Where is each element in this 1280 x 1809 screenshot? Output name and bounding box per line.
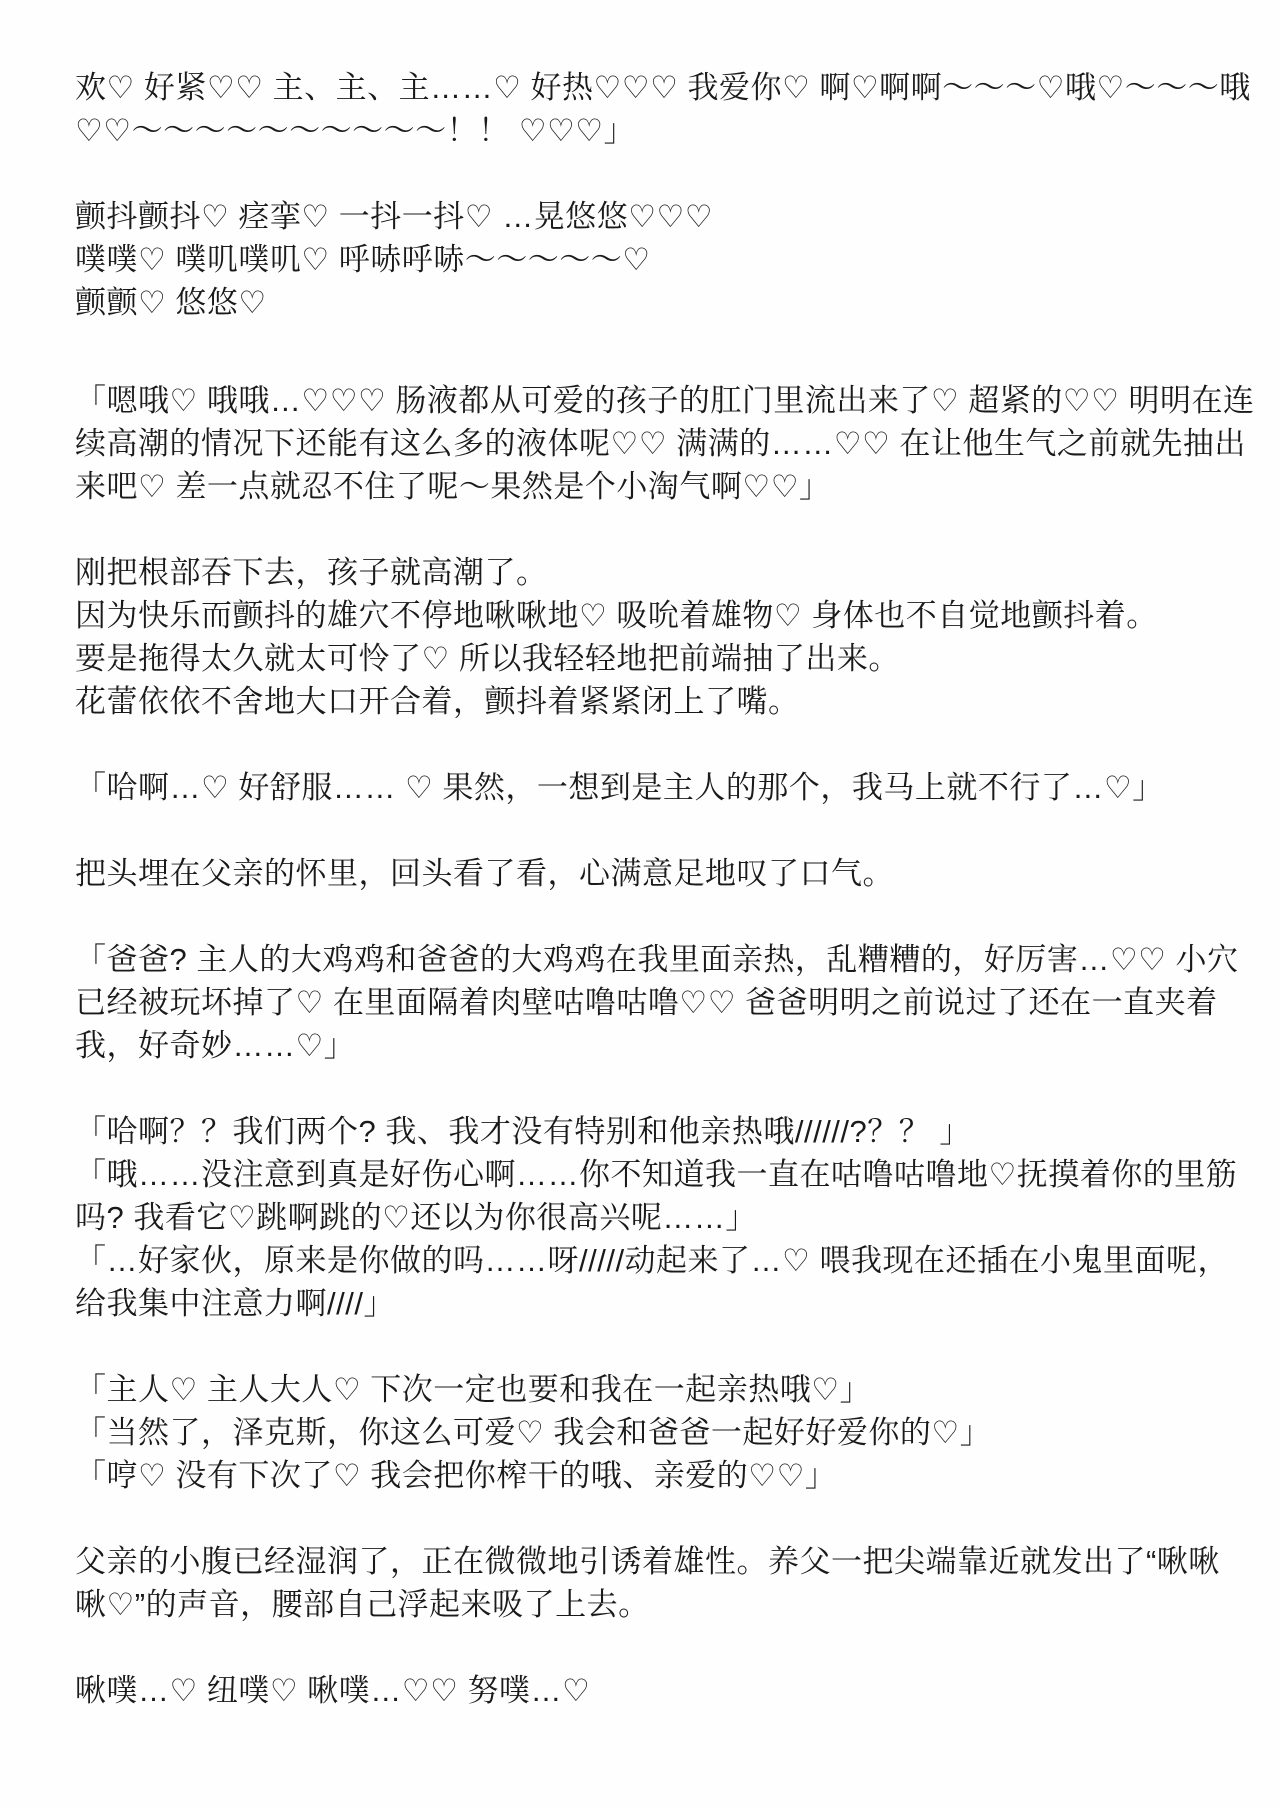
text-line: 要是拖得太久就太可怜了♡ 所以我轻轻地把前端抽了出来。: [75, 637, 1210, 680]
text-line: 噗噗♡ 噗叽噗叽♡ 呼哧呼哧～～～～～♡: [75, 238, 1210, 281]
text-line: 花蕾依依不舍地大口开合着，颤抖着紧紧闭上了嘴。: [75, 680, 1210, 723]
document-page: 欢♡ 好紧♡♡ 主、主、主……♡ 好热♡♡♡ 我爱你♡ 啊♡啊啊～～～♡哦♡～～…: [0, 0, 1280, 1809]
paragraph: 颤抖颤抖♡ 痉挛♡ 一抖一抖♡ …晃悠悠♡♡♡噗噗♡ 噗叽噗叽♡ 呼哧呼哧～～～…: [75, 195, 1210, 324]
text-line: 「哼♡ 没有下次了♡ 我会把你榨干的哦、亲爱的♡♡」: [75, 1454, 1210, 1497]
paragraph: 「主人♡ 主人大人♡ 下次一定也要和我在一起亲热哦♡」「当然了，泽克斯，你这么可…: [75, 1368, 1210, 1497]
text-line: 刚把根部吞下去，孩子就高潮了。: [75, 551, 1210, 594]
text-line: ♡♡～～～～～～～～～～！！ ♡♡♡」: [75, 109, 1210, 152]
paragraph: 啾噗…♡ 纽噗♡ 啾噗…♡♡ 努噗…♡: [75, 1669, 1210, 1712]
text-line: 吗? 我看它♡跳啊跳的♡还以为你很高兴呢……」: [75, 1196, 1210, 1239]
text-line: 「当然了，泽克斯，你这么可爱♡ 我会和爸爸一起好好爱你的♡」: [75, 1411, 1210, 1454]
text-line: 「…好家伙，原来是你做的吗……呀/////动起来了…♡ 喂我现在还插在小鬼里面呢…: [75, 1239, 1210, 1282]
text-line: 续高潮的情况下还能有这么多的液体呢♡♡ 满满的……♡♡ 在让他生气之前就先抽出: [75, 422, 1210, 465]
text-line: 我，好奇妙……♡」: [75, 1024, 1210, 1067]
text-content: 欢♡ 好紧♡♡ 主、主、主……♡ 好热♡♡♡ 我爱你♡ 啊♡啊啊～～～♡哦♡～～…: [75, 66, 1210, 1712]
text-line: 「爸爸? 主人的大鸡鸡和爸爸的大鸡鸡在我里面亲热，乱糟糟的，好厉害…♡♡ 小穴: [75, 938, 1210, 981]
paragraph: 「哈啊…♡ 好舒服…… ♡ 果然，一想到是主人的那个，我马上就不行了…♡」: [75, 766, 1210, 809]
text-line: 啾噗…♡ 纽噗♡ 啾噗…♡♡ 努噗…♡: [75, 1669, 1210, 1712]
text-line: 啾♡”的声音，腰部自己浮起来吸了上去。: [75, 1583, 1210, 1626]
text-line: 「哦……没注意到真是好伤心啊……你不知道我一直在咕噜咕噜地♡抚摸着你的里筋: [75, 1153, 1210, 1196]
text-line: 「哈啊？？我们两个? 我、我才没有特别和他亲热哦//////?？？ 」: [75, 1110, 1210, 1153]
text-line: 给我集中注意力啊////」: [75, 1282, 1210, 1325]
text-line: 颤抖颤抖♡ 痉挛♡ 一抖一抖♡ …晃悠悠♡♡♡: [75, 195, 1210, 238]
paragraph: 父亲的小腹已经湿润了，正在微微地引诱着雄性。养父一把尖端靠近就发出了“啾啾啾♡”…: [75, 1540, 1210, 1626]
text-line: 已经被玩坏掉了♡ 在里面隔着肉壁咕噜咕噜♡♡ 爸爸明明之前说过了还在一直夹着: [75, 981, 1210, 1024]
paragraph: 刚把根部吞下去，孩子就高潮了。因为快乐而颤抖的雄穴不停地啾啾地♡ 吸吮着雄物♡ …: [75, 551, 1210, 723]
paragraph: 把头埋在父亲的怀里，回头看了看，心满意足地叹了口气。: [75, 852, 1210, 895]
text-line: 把头埋在父亲的怀里，回头看了看，心满意足地叹了口气。: [75, 852, 1210, 895]
paragraph: 「嗯哦♡ 哦哦…♡♡♡ 肠液都从可爱的孩子的肛门里流出来了♡ 超紧的♡♡ 明明在…: [75, 379, 1210, 508]
text-line: 来吧♡ 差一点就忍不住了呢～果然是个小淘气啊♡♡」: [75, 465, 1210, 508]
text-line: 欢♡ 好紧♡♡ 主、主、主……♡ 好热♡♡♡ 我爱你♡ 啊♡啊啊～～～♡哦♡～～…: [75, 66, 1210, 109]
paragraph: 「爸爸? 主人的大鸡鸡和爸爸的大鸡鸡在我里面亲热，乱糟糟的，好厉害…♡♡ 小穴已…: [75, 938, 1210, 1067]
text-line: 「哈啊…♡ 好舒服…… ♡ 果然，一想到是主人的那个，我马上就不行了…♡」: [75, 766, 1210, 809]
paragraph: 「哈啊？？我们两个? 我、我才没有特别和他亲热哦//////?？？ 」「哦……没…: [75, 1110, 1210, 1325]
text-line: 颤颤♡ 悠悠♡: [75, 281, 1210, 324]
text-line: 「主人♡ 主人大人♡ 下次一定也要和我在一起亲热哦♡」: [75, 1368, 1210, 1411]
paragraph: 欢♡ 好紧♡♡ 主、主、主……♡ 好热♡♡♡ 我爱你♡ 啊♡啊啊～～～♡哦♡～～…: [75, 66, 1210, 152]
text-line: 「嗯哦♡ 哦哦…♡♡♡ 肠液都从可爱的孩子的肛门里流出来了♡ 超紧的♡♡ 明明在…: [75, 379, 1210, 422]
text-line: 因为快乐而颤抖的雄穴不停地啾啾地♡ 吸吮着雄物♡ 身体也不自觉地颤抖着。: [75, 594, 1210, 637]
text-line: 父亲的小腹已经湿润了，正在微微地引诱着雄性。养父一把尖端靠近就发出了“啾啾: [75, 1540, 1210, 1583]
